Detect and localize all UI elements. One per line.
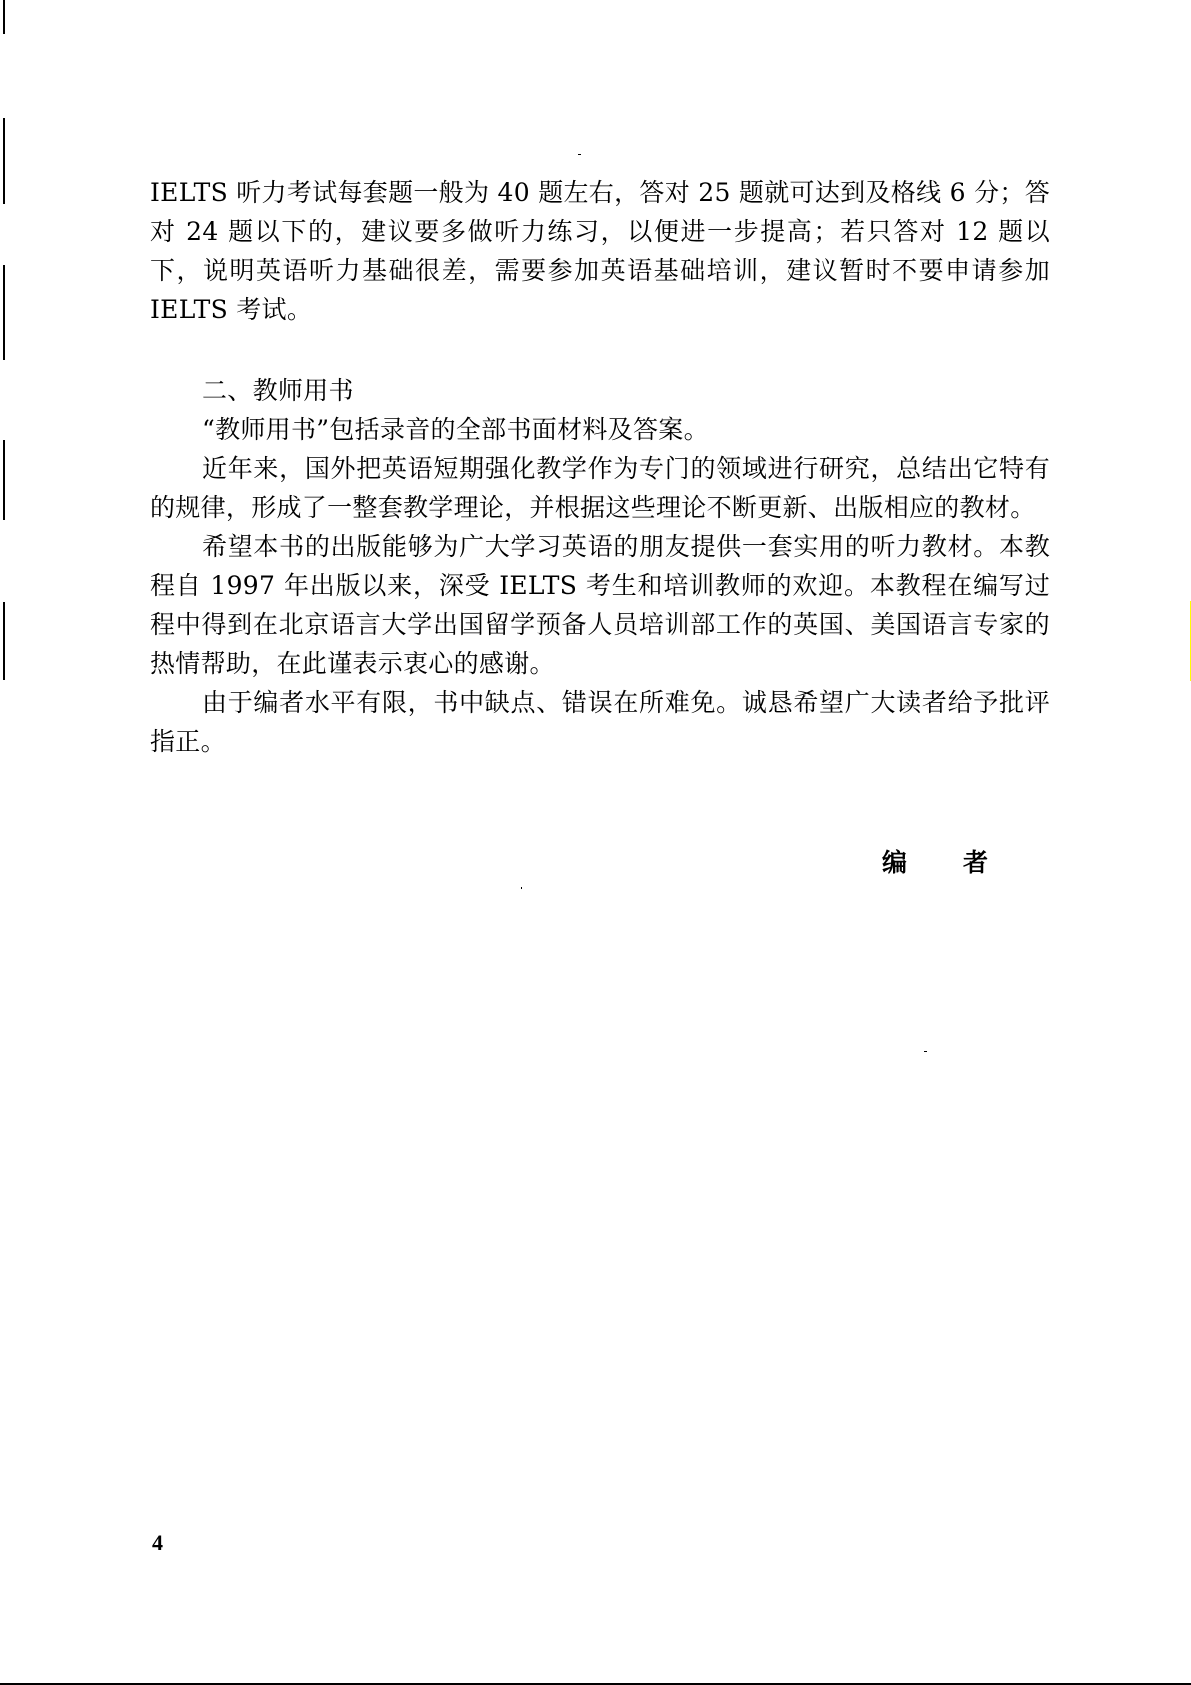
scan-speck <box>521 887 522 889</box>
signature-char-2: 者 <box>963 848 988 878</box>
scan-edge-mark <box>3 265 5 360</box>
page-number: 4 <box>152 1530 163 1556</box>
teacher-book-section: 二、教师用书 “教师用书”包括录音的全部书面材料及答案。 近年来，国外把英语短期… <box>150 371 1050 761</box>
author-signature: 编者 <box>882 848 988 878</box>
intro-text-block: IELTS 听力考试每套题一般为 40 题左右，答对 25 题就可达到及格线 6… <box>150 173 1050 329</box>
scan-edge-mark <box>3 0 5 34</box>
document-page: IELTS 听力考试每套题一般为 40 题左右，答对 25 题就可达到及格线 6… <box>0 0 1191 1685</box>
paragraph-closing: 由于编者水平有限，书中缺点、错误在所难免。诚恳希望广大读者给予批评指正。 <box>150 683 1050 761</box>
signature-char-1: 编 <box>882 848 907 878</box>
paragraph-ielts-scoring: IELTS 听力考试每套题一般为 40 题左右，答对 25 题就可达到及格线 6… <box>150 173 1050 329</box>
scan-edge-mark <box>3 602 5 680</box>
scan-speck <box>578 154 581 155</box>
paragraph-acknowledgement: 希望本书的出版能够为广大学习英语的朋友提供一套实用的听力教材。本教程自 1997… <box>150 527 1050 683</box>
paragraph-teacher-book-contents: “教师用书”包括录音的全部书面材料及答案。 <box>150 410 1050 449</box>
paragraph-research: 近年来，国外把英语短期强化教学作为专门的领域进行研究，总结出它特有的规律，形成了… <box>150 449 1050 527</box>
section-heading: 二、教师用书 <box>150 371 1050 410</box>
scan-edge-mark <box>3 440 5 520</box>
scan-edge-mark <box>3 118 5 204</box>
scan-speck <box>924 1051 927 1052</box>
